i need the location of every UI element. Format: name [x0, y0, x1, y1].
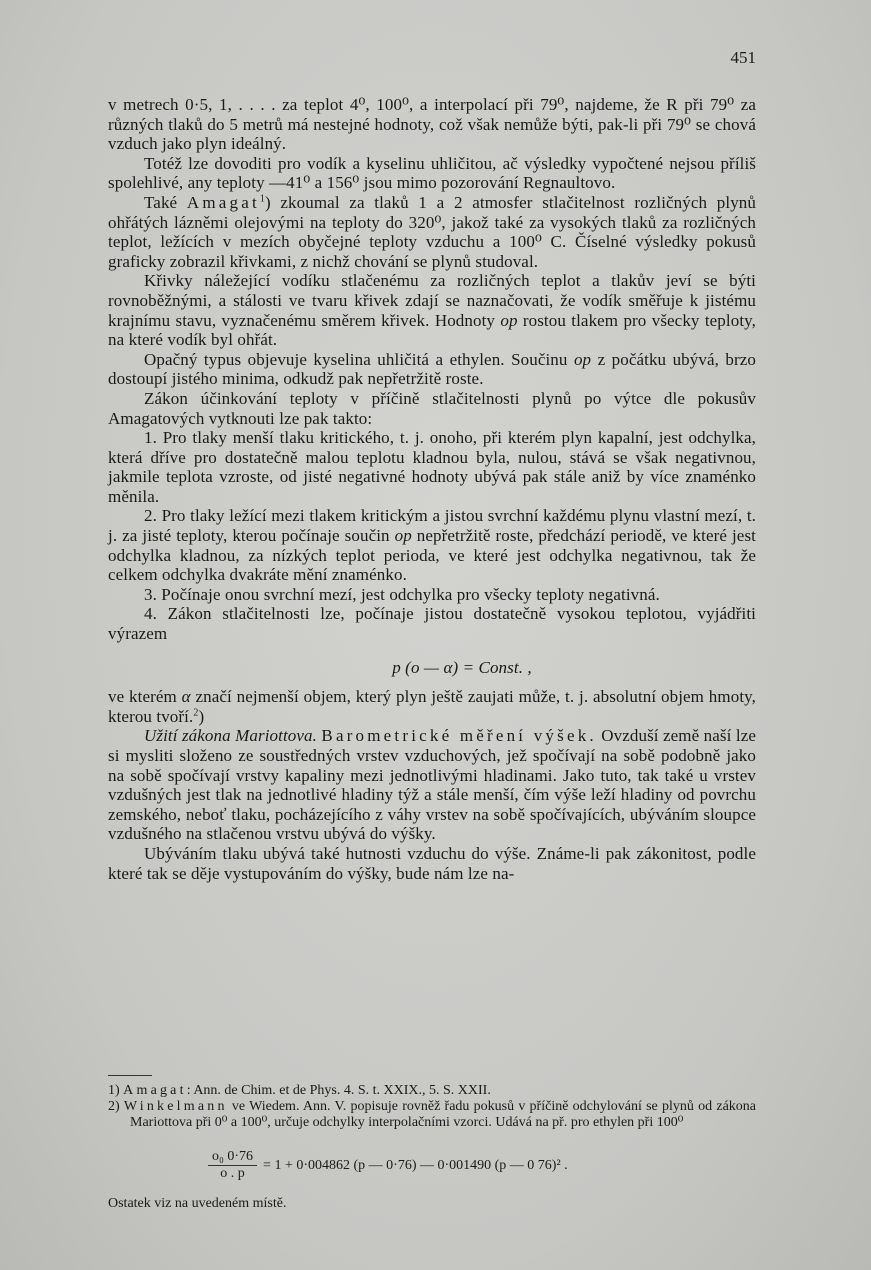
paragraph: Zákon účinkování teploty v příčině stlač… — [108, 389, 756, 428]
footnote-divider — [108, 1075, 152, 1076]
list-item: 2. Pro tlaky ležící mezi tlakem kritický… — [108, 506, 756, 584]
fraction: o₀ 0·76 o . p — [208, 1149, 257, 1182]
list-item: 4. Zákon stlačitelnosti lze, počínaje ji… — [108, 604, 756, 643]
footnote: 2) Winkelmann ve Wiedem. Ann. V. popisuj… — [108, 1099, 756, 1131]
footnote: 1) Amagat: Ann. de Chim. et de Phys. 4. … — [108, 1083, 756, 1099]
formula: p (o — α) = Const. , — [108, 658, 756, 678]
author-name: Amagat — [187, 193, 260, 212]
footnote-formula: o₀ 0·76 o . p = 1 + 0·004862 (p — 0·76) … — [208, 1149, 756, 1182]
page-number: 451 — [731, 48, 757, 68]
paragraph: Také Amagat1) zkoumal za tlaků 1 a 2 atm… — [108, 193, 756, 271]
list-item: 3. Počínaje onou svrchní mezí, jest odch… — [108, 585, 756, 605]
footnote-ref: 1 — [260, 193, 265, 204]
footnote-ref: 2 — [193, 707, 198, 718]
footnote-tail: Ostatek viz na uvedeném místě. — [108, 1196, 756, 1212]
paragraph: Ubýváním tlaku ubývá také hutnosti vzduc… — [108, 844, 756, 883]
paragraph: Křivky náležející vodíku stlačenému za r… — [108, 271, 756, 349]
section-title: Užití zákona Mariottova. — [144, 726, 317, 745]
paragraph: Totéž lze dovoditi pro vodík a kyselinu … — [108, 154, 756, 193]
paragraph: Užití zákona Mariottova. Barometrické mě… — [108, 726, 756, 844]
list-item: 1. Pro tlaky menší tlaku kritického, t. … — [108, 428, 756, 506]
paragraph: ve kterém α značí nejmenší objem, který … — [108, 687, 756, 726]
body-text: v metrech 0·5, 1, . . . . za teplot 4⁰, … — [108, 95, 756, 883]
section-subtitle: Barometrické měření výšek. — [321, 726, 596, 745]
footnotes: 1) Amagat: Ann. de Chim. et de Phys. 4. … — [108, 1083, 756, 1212]
paragraph: v metrech 0·5, 1, . . . . za teplot 4⁰, … — [108, 95, 756, 154]
paragraph: Opačný typus objevuje kyselina uhličitá … — [108, 350, 756, 389]
